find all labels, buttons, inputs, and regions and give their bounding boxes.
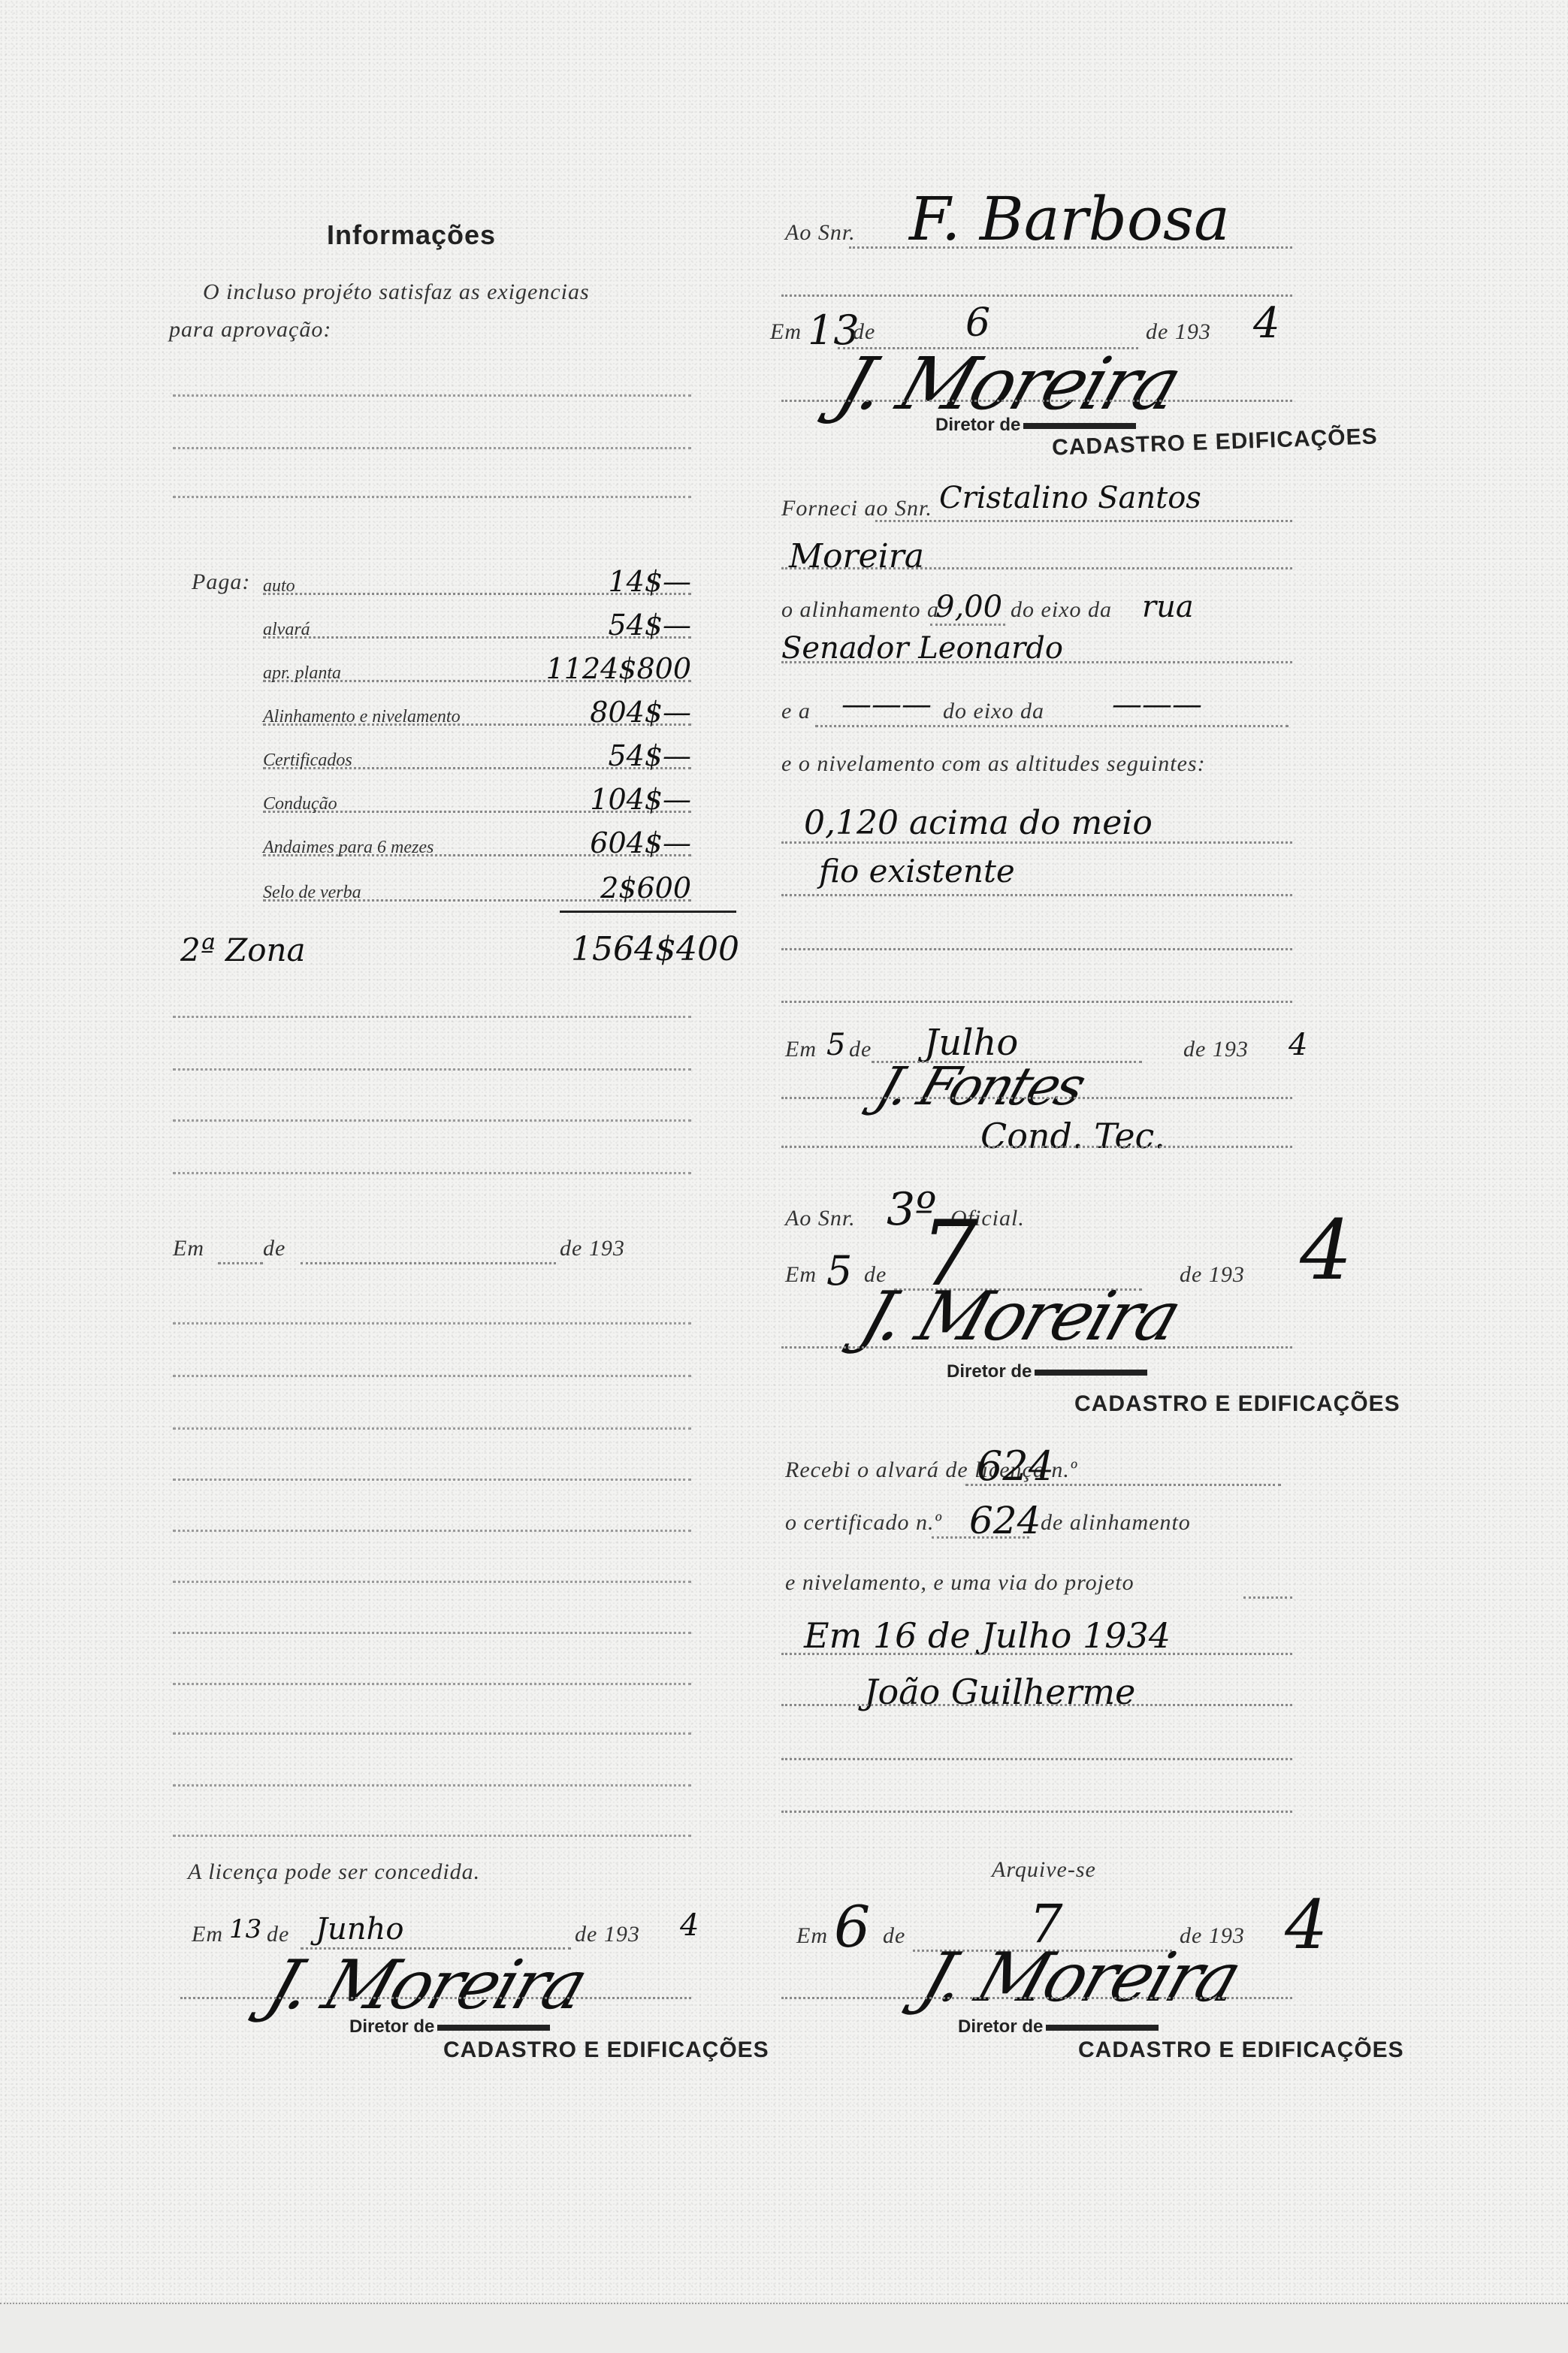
total-rule (560, 911, 736, 913)
alinhamento-value: 9,00 (935, 590, 1002, 624)
blank-line (173, 1119, 691, 1122)
intro-text-line2: para aprovação: (169, 317, 331, 343)
licence-date-em: Em (192, 1922, 223, 1947)
fee-row-auto: auto 14$— (263, 563, 691, 600)
e-a-prefix: e a (781, 699, 811, 724)
date1-de: de (853, 319, 875, 345)
licence-date-year: de 193 (575, 1922, 640, 1947)
archive-text: Arquive-se (992, 1857, 1096, 1883)
e-a-street: ——— (1112, 687, 1202, 722)
struck-out-text (437, 2025, 550, 2031)
blank-line (173, 1427, 691, 1430)
blank-line (173, 1732, 691, 1735)
receipt-rule-3 (781, 1758, 1292, 1760)
licence-date-year-digit: 4 (680, 1908, 699, 1943)
licence-date-day: 13 (229, 1914, 261, 1944)
to-name-1: F. Barbosa (909, 184, 1230, 254)
director-stamp-3-line2: CADASTRO E EDIFICAÇÕES (1078, 2037, 1404, 2063)
blank-date-month-field (301, 1262, 556, 1264)
e-a-mid: do eixo da (943, 699, 1044, 724)
blank-line (173, 1068, 691, 1071)
receipt-rule-4 (781, 1811, 1292, 1813)
blank-line (173, 496, 691, 498)
nivel-line-2: fio existente (819, 853, 1015, 890)
signature-2: J. Fontes (869, 1056, 1091, 1117)
date1-year-digit: 4 (1253, 299, 1280, 348)
struck-out-text (1046, 2025, 1159, 2031)
signature-line-2 (781, 1097, 1292, 1099)
page-bottom-edge (0, 2303, 1568, 2353)
fee-value: 104$— (590, 783, 691, 816)
signature-line-2b (781, 1146, 1292, 1148)
fee-row-apr-planta: apr. planta 1124$800 (263, 651, 691, 687)
e-a-line (815, 725, 1289, 727)
fee-label: Selo de verba (263, 883, 361, 903)
struck-out-text (1023, 423, 1136, 429)
forneci-name-2: Moreira (789, 537, 924, 575)
date2-em: Em (785, 1037, 817, 1062)
forneci-prefix: Forneci ao Snr. (781, 496, 932, 521)
fee-label: Andaimes para 6 mezes (263, 838, 434, 858)
informacoes-heading: Informações (327, 219, 496, 251)
fee-row-certificados: Certificados 54$— (263, 738, 691, 774)
forneci-line-1 (875, 520, 1292, 522)
director-signature-1: J. Moreira (828, 342, 1189, 426)
blank-line (173, 1632, 691, 1634)
e-a-value: ——— (841, 687, 932, 722)
nivel-rule-4 (781, 1001, 1292, 1003)
fee-row-alinhamento: Alinhamento e nivelamento 804$— (263, 694, 691, 730)
fee-value: 604$— (590, 826, 691, 859)
signature-line-4 (781, 1997, 1292, 1999)
director-signature-2: J. Moreira (851, 1277, 1189, 1356)
nivelamento-text: e o nivelamento com as altitudes seguint… (781, 751, 1206, 777)
fee-value: 1124$800 (546, 652, 691, 685)
fee-label: Alinhamento e nivelamento (263, 707, 461, 727)
fees-prefix: Paga: (192, 569, 250, 595)
alinhamento-prefix: o alinhamento a (781, 597, 939, 623)
stamp-text: Diretor de (947, 1361, 1032, 1382)
blank-line (173, 1530, 691, 1532)
blank-line (173, 1683, 691, 1685)
fee-value: 2$600 (600, 871, 691, 905)
blank-line (173, 1784, 691, 1787)
date4-day: 6 (834, 1893, 870, 1960)
fee-value: 14$— (608, 565, 691, 598)
fee-row-andaimes: Andaimes para 6 mezes 604$— (263, 825, 691, 861)
alinhamento-value-line (930, 624, 1005, 626)
receipt-cert-line (932, 1536, 1029, 1539)
date3-year-digit: 4 (1300, 1202, 1352, 1298)
nivel-line-1: 0,120 acima do meio (804, 804, 1153, 842)
director-signature-3: J. Moreira (911, 1938, 1249, 2017)
fee-label: alvará (263, 620, 310, 640)
director-stamp-2-line1: Diretor de (947, 1361, 1147, 1382)
receipt-alvara-number: 624 (977, 1442, 1054, 1490)
nivel-rule-3 (781, 948, 1292, 950)
stamp-text: Diretor de (958, 2016, 1043, 2037)
date2-de: de (849, 1037, 872, 1062)
forneci-line-2 (781, 567, 1292, 569)
receipt-line2-suffix: de alinhamento (1041, 1510, 1191, 1536)
date3-day: 5 (826, 1247, 852, 1294)
date1-year: de 193 (1146, 319, 1211, 345)
stamp-text: Diretor de (349, 2016, 434, 2037)
blank-line (173, 1479, 691, 1481)
signature-line-3 (781, 1346, 1292, 1349)
director-signature: J. Moreira (258, 1946, 595, 2025)
date1-em: Em (770, 319, 802, 345)
fee-label: Certificados (263, 751, 352, 771)
struck-out-text (1035, 1370, 1147, 1376)
blank-line (173, 447, 691, 449)
date4-year-digit: 4 (1285, 1886, 1328, 1965)
date2-day: 5 (826, 1028, 845, 1062)
signature-line-1 (781, 400, 1292, 402)
date3-year: de 193 (1180, 1262, 1245, 1288)
alinhamento-mid: do eixo da (1011, 597, 1112, 623)
receipt-line3-fill (1243, 1596, 1292, 1599)
intro-text-line1: O incluso projéto satisfaz as exigencias (203, 279, 590, 305)
date4-em: Em (796, 1923, 828, 1949)
director-stamp-line2: CADASTRO E EDIFICAÇÕES (443, 2037, 769, 2063)
fee-value: 54$— (608, 609, 691, 642)
fee-label: Condução (263, 794, 337, 814)
receipt-date-line (781, 1653, 1292, 1655)
date2-year-digit: 4 (1289, 1028, 1307, 1062)
date4-de: de (883, 1923, 905, 1949)
director-stamp-3-line1: Diretor de (958, 2016, 1159, 2037)
blank-date-em: Em (173, 1236, 204, 1261)
forneci-name-1: Cristalino Santos (939, 481, 1201, 515)
fee-row-alvara: alvará 54$— (263, 607, 691, 643)
licence-text: A licença pode ser concedida. (188, 1859, 480, 1885)
blank-line (173, 1375, 691, 1377)
signature-2-title: Cond. Tec. (980, 1116, 1165, 1156)
director-stamp-1-line1: Diretor de (935, 415, 1136, 436)
licence-date-month: Junho (316, 1912, 403, 1947)
licence-date-de: de (267, 1922, 289, 1947)
receipt-line2-prefix: o certificado n.º (785, 1510, 942, 1536)
receipt-alvara-line (965, 1484, 1281, 1486)
blank-line (173, 1322, 691, 1325)
fee-row-conducao: Condução 104$— (263, 781, 691, 817)
receipt-line3: e nivelamento, e uma via do projeto (785, 1570, 1134, 1596)
fees-total: 1564$400 (571, 930, 739, 968)
to-prefix-2: Ao Snr. (785, 1206, 856, 1231)
blank-line (173, 394, 691, 397)
zone-label: 2ª Zona (180, 932, 306, 968)
fee-label: auto (263, 576, 295, 597)
alinhamento-line-2 (781, 661, 1292, 663)
fee-row-selo: Selo de verba 2$600 (263, 870, 691, 906)
alinhamento-street-a: rua (1142, 590, 1194, 624)
stamp-text: Diretor de (935, 415, 1020, 435)
to-line-1 (849, 246, 1292, 249)
blank-line (173, 1172, 691, 1174)
date1-month: 6 (965, 301, 990, 346)
receipt-signature-line (781, 1704, 1292, 1706)
blank-date-day-field (218, 1262, 263, 1264)
to-prefix-1: Ao Snr. (785, 220, 856, 246)
signature-line (180, 1997, 691, 1999)
director-stamp-line1: Diretor de (349, 2016, 550, 2037)
blank-line (173, 1581, 691, 1583)
blank-date-year: de 193 (560, 1236, 625, 1261)
fee-value: 54$— (608, 739, 691, 772)
fee-label: apr. planta (263, 663, 341, 684)
director-stamp-2-line2: CADASTRO E EDIFICAÇÕES (1074, 1391, 1400, 1417)
blank-line (173, 1835, 691, 1837)
date3-em: Em (785, 1262, 817, 1288)
nivel-rule-1 (781, 841, 1292, 844)
nivel-rule-2 (781, 894, 1292, 896)
blank-date-de: de (263, 1236, 286, 1261)
date2-year: de 193 (1183, 1037, 1249, 1062)
receipt-date: Em 16 de Julho 1934 (804, 1615, 1171, 1656)
to-line-1b (781, 295, 1292, 297)
fee-value: 804$— (590, 696, 691, 729)
blank-line (173, 1016, 691, 1018)
